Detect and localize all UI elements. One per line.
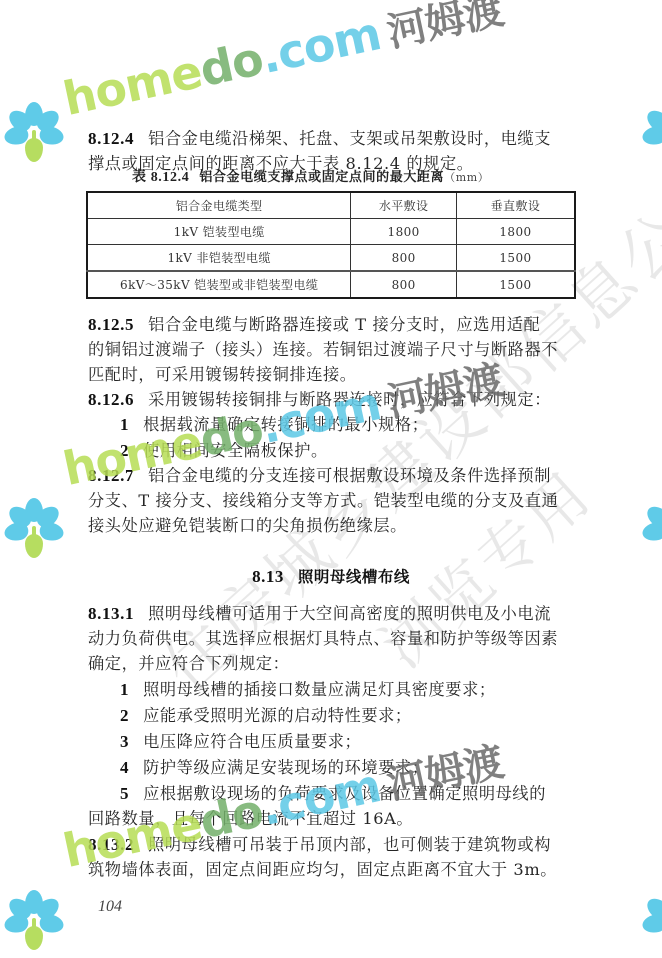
clause-8-13-1-line-2: 动力负荷供电。其选择应根据灯具特点、容量和防护等级等因素 bbox=[88, 628, 558, 650]
document-page: 住房城乡建设部信息公开 浏览专用 8.12.4铝合金电缆沿梯架、托盘、支架或吊架… bbox=[0, 0, 662, 958]
table-cell: 1800 bbox=[351, 219, 457, 245]
list-item-text: 应能承受照明光源的启动特性要求； bbox=[143, 706, 412, 725]
max-distance-table: 铝合金电缆类型 水平敷设 垂直敷设 1kV 铠装型电缆 1800 1800 1k… bbox=[86, 191, 576, 299]
table-cell: 1kV 铠装型电缆 bbox=[87, 219, 351, 245]
list-item-text: 根据载流量确定转接铜排的最小规格； bbox=[143, 415, 428, 434]
list-item-number: 5 bbox=[120, 784, 129, 803]
list-item-text: 照明母线槽的插接口数量应满足灯具密度要求； bbox=[143, 680, 496, 699]
list-item-continuation: 回路数量，且每个回路电流不宜超过 16A。 bbox=[88, 808, 413, 830]
clause-8-12-7-line-3: 接头处应避免铠装断口的尖角损伤绝缘层。 bbox=[88, 515, 407, 537]
list-item-number: 3 bbox=[120, 732, 129, 751]
table-cell: 1kV 非铠装型电缆 bbox=[87, 245, 351, 272]
list-item-number: 4 bbox=[120, 758, 129, 777]
list-item: 2应能承受照明光源的启动特性要求； bbox=[120, 705, 412, 727]
list-item-number: 1 bbox=[120, 415, 129, 434]
list-item: 5应根据敷设现场的负荷要求及设备位置确定照明母线的 bbox=[120, 783, 546, 805]
list-item-text: 应根据敷设现场的负荷要求及设备位置确定照明母线的 bbox=[143, 784, 546, 803]
homedo-flower-logo-icon bbox=[640, 496, 662, 560]
table-cell: 800 bbox=[351, 271, 457, 298]
table-cell: 1500 bbox=[456, 245, 575, 272]
clause-8-13-1-line-1: 8.13.1照明母线槽可适用于大空间高密度的照明供电及小电流 bbox=[88, 603, 551, 625]
clause-8-13-1-line-3: 确定，并应符合下列规定： bbox=[88, 653, 289, 675]
homedo-flower-logo-icon bbox=[640, 100, 662, 164]
list-item-number: 1 bbox=[120, 680, 129, 699]
list-item: 2使用相间安全隔板保护。 bbox=[120, 440, 328, 462]
homedo-flower-logo-icon bbox=[2, 100, 66, 164]
clause-8-12-5-line-3: 匹配时，可采用镀锡转接铜排连接。 bbox=[88, 364, 357, 386]
table-caption-number: 表 8.12.4 bbox=[132, 170, 189, 185]
table-row: 1kV 铠装型电缆 1800 1800 bbox=[87, 219, 575, 245]
homedo-flower-logo-icon bbox=[2, 888, 66, 952]
watermark-homedo-top: homedo.com河姆渡 bbox=[58, 0, 507, 127]
table-cell: 800 bbox=[351, 245, 457, 272]
list-item: 4防护等级应满足安装现场的环境要求； bbox=[120, 757, 429, 779]
table-row: 6kV～35kV 铠装型或非铠装型电缆 800 1500 bbox=[87, 271, 575, 298]
list-item-number: 2 bbox=[120, 441, 129, 460]
list-item: 1照明母线槽的插接口数量应满足灯具密度要求； bbox=[120, 679, 496, 701]
table-header-row: 铝合金电缆类型 水平敷设 垂直敷设 bbox=[87, 192, 575, 219]
table-caption: 表 8.12.4铝合金电缆支撑点或固定点间的最大距离（mm） bbox=[132, 166, 489, 186]
clause-8-12-5-line-1: 8.12.5铝合金电缆与断路器连接或 T 接分支时，应选用适配 bbox=[88, 314, 540, 336]
table-caption-unit: （mm） bbox=[444, 171, 489, 184]
section-title-text: 照明母线槽布线 bbox=[298, 568, 410, 586]
list-item-text: 电压降应符合电压质量要求； bbox=[143, 732, 361, 751]
section-number: 8.13 bbox=[252, 567, 284, 586]
homedo-flower-logo-icon bbox=[2, 496, 66, 560]
homedo-flower-logo-icon bbox=[640, 888, 662, 952]
clause-8-13-2-line-2: 筑物墙体表面，固定点间距应均匀，固定点距离不宜大于 3m。 bbox=[88, 859, 557, 881]
list-item-number: 2 bbox=[120, 706, 129, 725]
table-caption-title: 铝合金电缆支撑点或固定点间的最大距离 bbox=[199, 170, 444, 185]
table-row: 1kV 非铠装型电缆 800 1500 bbox=[87, 245, 575, 272]
clause-number: 8.12.6 bbox=[88, 390, 134, 409]
clause-8-13-2-line-1: 8.13.2照明母线槽可吊装于吊顶内部，也可侧装于建筑物或构 bbox=[88, 834, 551, 856]
list-item-text: 使用相间安全隔板保护。 bbox=[143, 441, 328, 460]
page-number: 104 bbox=[98, 898, 122, 916]
clause-text: 照明母线槽可吊装于吊顶内部，也可侧装于建筑物或构 bbox=[148, 835, 551, 854]
table-cell: 1800 bbox=[456, 219, 575, 245]
table-header-cell: 铝合金电缆类型 bbox=[87, 192, 351, 219]
clause-number: 8.12.7 bbox=[88, 466, 134, 485]
clause-number: 8.13.2 bbox=[88, 835, 134, 854]
clause-number: 8.12.4 bbox=[88, 129, 134, 148]
list-item: 3电压降应符合电压质量要求； bbox=[120, 731, 361, 753]
clause-text: 铝合金电缆与断路器连接或 T 接分支时，应选用适配 bbox=[148, 315, 540, 334]
clause-8-12-6-line-1: 8.12.6采用镀锡转接铜排与断路器连接时，应符合下列规定： bbox=[88, 389, 551, 411]
clause-text: 采用镀锡转接铜排与断路器连接时，应符合下列规定： bbox=[148, 390, 551, 409]
table-header-cell: 垂直敷设 bbox=[456, 192, 575, 219]
table-cell: 6kV～35kV 铠装型或非铠装型电缆 bbox=[87, 271, 351, 298]
clause-8-12-4-line-1: 8.12.4铝合金电缆沿梯架、托盘、支架或吊架敷设时，电缆支 bbox=[88, 128, 551, 150]
clause-text: 铝合金电缆沿梯架、托盘、支架或吊架敷设时，电缆支 bbox=[148, 129, 551, 148]
clause-text: 铝合金电缆的分支连接可根据敷设环境及条件选择预制 bbox=[148, 466, 551, 485]
clause-number: 8.13.1 bbox=[88, 604, 134, 623]
clause-8-12-7-line-1: 8.12.7铝合金电缆的分支连接可根据敷设环境及条件选择预制 bbox=[88, 465, 551, 487]
list-item-text: 防护等级应满足安装现场的环境要求； bbox=[143, 758, 428, 777]
table-header-cell: 水平敷设 bbox=[351, 192, 457, 219]
clause-text: 照明母线槽可适用于大空间高密度的照明供电及小电流 bbox=[148, 604, 551, 623]
clause-number: 8.12.5 bbox=[88, 315, 134, 334]
clause-8-12-5-line-2: 的铜铝过渡端子（接头）连接。若铜铝过渡端子尺寸与断路器不 bbox=[88, 339, 558, 361]
clause-8-12-7-line-2: 分支、T 接分支、接线箱分支等方式。铠装型电缆的分支及直通 bbox=[88, 490, 558, 512]
table-cell: 1500 bbox=[456, 271, 575, 298]
list-item: 1根据载流量确定转接铜排的最小规格； bbox=[120, 414, 429, 436]
section-title: 8.13照明母线槽布线 bbox=[0, 565, 662, 587]
